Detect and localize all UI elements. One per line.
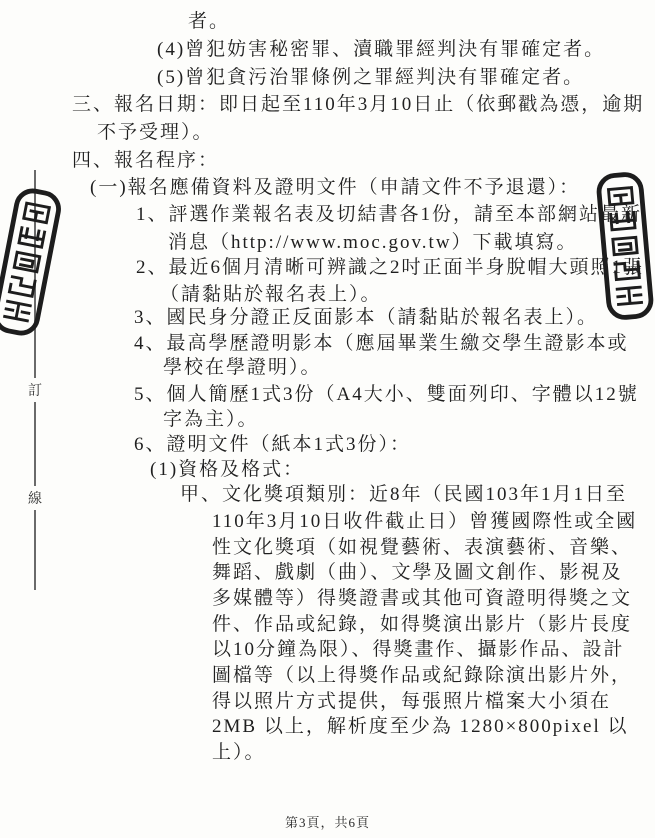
document-line: 110年3月10日收件截止日）曾獲國際性或全國 (212, 510, 637, 534)
official-seal-stamp-left-icon (0, 181, 66, 344)
document-line: 件、作品或紀錄，如得獎演出影片（影片長度 (212, 613, 632, 637)
list-item-4: 4、最高學歷證明影本（應屆畢業生繳交學生證影本或 (134, 332, 629, 356)
document-line: (5)曾犯貪污治罪條例之罪經判決有罪確定者。 (157, 66, 584, 90)
document-line: 上）。 (212, 741, 266, 765)
document-page: 訂 線 者。 (4)曾犯妨害秘密罪、 (0, 0, 655, 838)
document-line: 圖檔等（以上得獎作品或紀錄除演出影片外， (212, 664, 632, 688)
document-line: 字為主）。 (163, 408, 259, 432)
binding-label-ding: 訂 (27, 378, 43, 402)
document-line: (1)資格及格式： (150, 458, 304, 482)
document-line: （請黏貼於報名表上）。 (160, 283, 382, 307)
document-line: 性文化獎項（如視覺藝術、表演藝術、音樂、 (212, 536, 632, 560)
document-line: 以10分鐘為限）、得獎畫作、攝影作品、設計 (212, 638, 625, 662)
list-item-3: 3、國民身分證正反面影本（請黏貼於報名表上）。 (134, 306, 598, 330)
document-line: 消息（http://www.moc.gov.tw）下載填寫。 (168, 231, 578, 255)
official-seal-stamp-right-icon (593, 166, 655, 326)
document-line: 得以照片方式提供，每張照片檔案大小須在 (212, 690, 611, 714)
document-line: 舞蹈、戲劇（曲）、文學及圖文創作、影視及 (212, 561, 623, 585)
document-line: 學校在學證明）。 (163, 356, 322, 380)
document-line: 者。 (188, 10, 230, 34)
binding-label-xian: 線 (27, 486, 43, 510)
document-line: 甲、文化獎項類別：近8年（民國103年1月1日至 (180, 483, 627, 507)
page-number: 第3頁，共6頁 (0, 812, 655, 831)
document-line: (一)報名應備資料及證明文件（申請文件不予退還）： (90, 176, 580, 200)
document-line: 多媒體等）得獎證書或其他可資證明得獎之文 (212, 587, 632, 611)
document-line: 不予受理）。 (97, 121, 214, 145)
document-line: 2MB 以上，解析度至少為 1280×800pixel 以 (212, 715, 629, 739)
list-item-5: 5、個人簡歷1式3份（A4大小、雙面列印、字體以12號 (134, 383, 639, 407)
section-4-heading: 四、報名程序： (72, 149, 219, 173)
list-item-6: 6、證明文件（紙本1式3份）： (134, 433, 411, 457)
document-line: (4)曾犯妨害秘密罪、瀆職罪經判決有罪確定者。 (157, 38, 605, 62)
section-3-heading: 三、報名日期：即日起至110年3月10日止（依郵戳為憑，逾期 (72, 93, 644, 117)
list-item-1: 1、評選作業報名表及切結書各1份，請至本部網站最新 (136, 203, 642, 227)
list-item-2: 2、最近6個月清晰可辨識之2吋正面半身脫帽大頭照1張 (136, 256, 644, 280)
